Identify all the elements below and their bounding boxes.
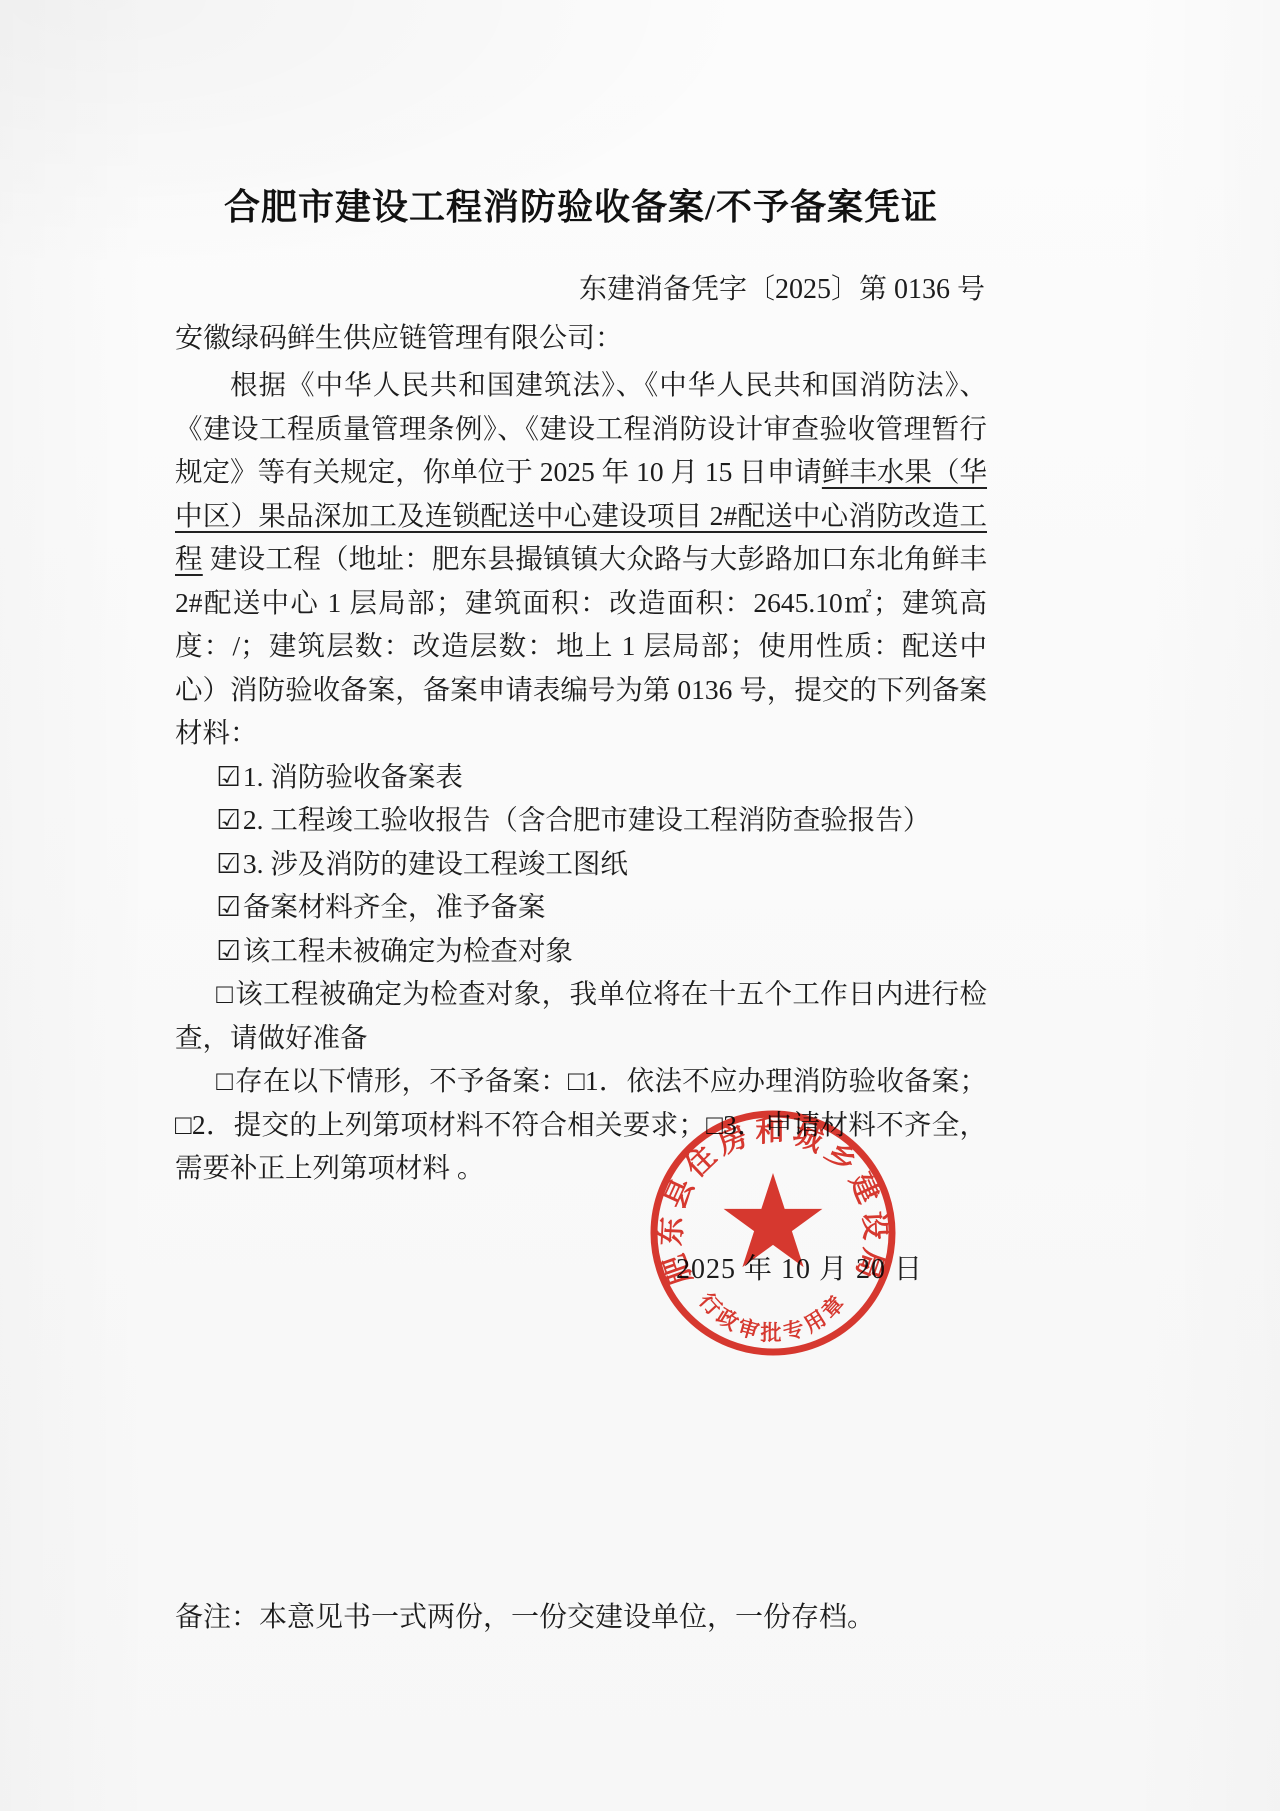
document-page: 合肥市建设工程消防验收备案/不予备案凭证 东建消备凭字〔2025〕第 0136 … <box>0 0 1280 1811</box>
addressee: 安徽绿码鲜生供应链管理有限公司： <box>175 321 987 357</box>
checkbox-unchecked-icon: □ <box>216 1065 233 1096</box>
decision-item-label: 备案材料齐全，准予备案 <box>243 891 546 922</box>
checkbox-checked-icon: ☑ <box>216 935 241 966</box>
material-item-2: ☑2. 工程竣工验收报告（含合肥市建设工程消防查验报告） <box>175 798 987 842</box>
paragraph-segment-after: 建设工程（地址：肥东县撮镇镇大众路与大彭路加口东北角鲜丰 2#配送中心 1 层局… <box>175 543 987 748</box>
decision-item-not-selected-for-inspection: ☑该工程未被确定为检查对象 <box>175 929 987 973</box>
material-item-label: 2. 工程竣工验收报告（含合肥市建设工程消防查验报告） <box>243 804 931 835</box>
checkbox-checked-icon: ☑ <box>216 761 241 792</box>
footer-note: 备注：本意见书一式两份，一份交建设单位，一份存档。 <box>175 1598 1075 1638</box>
decision-item-label: 该工程未被确定为检查对象 <box>243 935 573 966</box>
material-item-label: 3. 涉及消防的建设工程竣工图纸 <box>243 848 628 879</box>
decision-item-complete: ☑备案材料齐全，准予备案 <box>175 885 987 929</box>
page-title: 合肥市建设工程消防验收备案/不予备案凭证 <box>175 185 987 229</box>
material-item-label: 1. 消防验收备案表 <box>243 761 463 792</box>
material-item-3: ☑3. 涉及消防的建设工程竣工图纸 <box>175 842 987 886</box>
checkbox-checked-icon: ☑ <box>216 804 241 835</box>
material-item-1: ☑1. 消防验收备案表 <box>175 755 987 799</box>
decision-item-label: 该工程被确定为检查对象，我单位将在十五个工作日内进行检查，请做好准备 <box>175 978 987 1053</box>
document-body: 合肥市建设工程消防验收备案/不予备案凭证 东建消备凭字〔2025〕第 0136 … <box>175 0 987 1190</box>
checkbox-unchecked-icon: □ <box>216 978 233 1009</box>
checkbox-checked-icon: ☑ <box>216 891 241 922</box>
main-paragraph: 根据《中华人民共和国建筑法》、《中华人民共和国消防法》、《建设工程质量管理条例》… <box>175 363 987 755</box>
checkbox-checked-icon: ☑ <box>216 848 241 879</box>
official-stamp: 肥东县住房和城乡建设局 行政审批专用章 <box>647 1107 899 1359</box>
stamp-star-icon <box>724 1173 823 1267</box>
doc-number: 东建消备凭字〔2025〕第 0136 号 <box>175 273 987 307</box>
decision-item-selected-for-inspection: □该工程被确定为检查对象，我单位将在十五个工作日内进行检查，请做好准备 <box>175 972 987 1059</box>
